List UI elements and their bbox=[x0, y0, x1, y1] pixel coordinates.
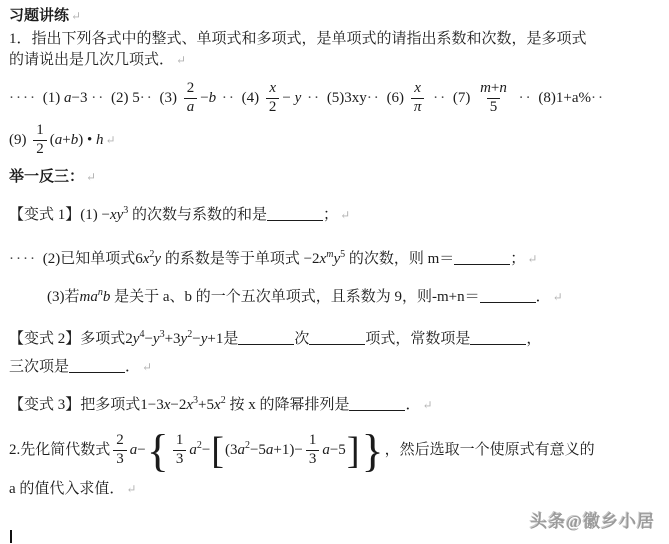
variant1-part1: 【变式 1】(1) −xy3 的次数与系数的和是；↵ bbox=[9, 200, 661, 230]
space-dots: ·· bbox=[91, 90, 111, 106]
math-fraction: x2 bbox=[266, 81, 280, 116]
text-run: 按 x 的降幂排列是 bbox=[226, 397, 350, 413]
space-dots: ·· bbox=[367, 90, 387, 106]
space-dots: ·· bbox=[427, 90, 453, 106]
text-run: a bbox=[322, 442, 330, 458]
text-run: (9) bbox=[9, 132, 30, 148]
math-fraction: 12 bbox=[33, 123, 47, 158]
variant1-part3: (3)若manb 是关于 a、b 的一个五次单项式，且系数为 9，则-m+n＝．… bbox=[9, 284, 661, 310]
text-run: (6) bbox=[387, 90, 408, 106]
variant2-line2: 三次项是．↵ bbox=[9, 354, 661, 380]
text-run: −3 bbox=[71, 90, 91, 106]
text-run: ； bbox=[323, 207, 338, 223]
fill-in-blank bbox=[267, 207, 323, 221]
text-run: 【变式 2】多项式 bbox=[9, 331, 125, 347]
space-dots: ···· bbox=[9, 251, 43, 267]
text-run: x bbox=[269, 80, 276, 96]
space-dots: ·· bbox=[591, 90, 605, 106]
text-run: xy bbox=[110, 207, 123, 223]
text-run: 3 bbox=[116, 451, 124, 467]
text-run: 1 bbox=[309, 432, 317, 448]
problem1-intro-line1: 1．指出下列各式中的整式、单项式和多项式，是单项式的请指出系数和次数，是多项式 bbox=[9, 29, 661, 50]
problem1-expression-9: (9) 12(a+b) • h↵ bbox=[9, 119, 661, 161]
text-run: ) • bbox=[78, 132, 96, 148]
text-run: − bbox=[144, 331, 152, 347]
fill-in-blank bbox=[309, 331, 365, 345]
text-run: (3)若 bbox=[47, 289, 80, 305]
text-run: 1 bbox=[36, 122, 44, 138]
text-run: − bbox=[200, 90, 208, 106]
fill-in-blank bbox=[349, 397, 405, 411]
text-run: − bbox=[282, 90, 294, 106]
problem2-line1: 2.先化简代数式23a−{13a2−[(3a2−5a+1)−13a−5]}，然后… bbox=[9, 424, 661, 476]
return-mark-icon: ↵ bbox=[553, 290, 563, 304]
worksheet-document: 习题讲练↵ 1．指出下列各式中的整式、单项式和多项式，是单项式的请指出系数和次数… bbox=[0, 0, 669, 500]
text-run: a bbox=[237, 442, 245, 458]
space-dots: ·· bbox=[513, 90, 539, 106]
fill-in-blank bbox=[480, 289, 536, 303]
text-run: (3) bbox=[159, 90, 180, 106]
text-run: 1．指出下列各式中的整式、单项式和多项式，是单项式的请指出系数和次数，是多项式 bbox=[9, 31, 587, 47]
text-run: (3 bbox=[225, 442, 238, 458]
text-run: +1是 bbox=[207, 331, 238, 347]
math-fraction: xπ bbox=[411, 81, 425, 116]
text-run: ； bbox=[510, 251, 525, 267]
text-run: π bbox=[414, 99, 422, 115]
problem2-line2: a 的值代入求值．↵ bbox=[9, 478, 661, 500]
return-mark-icon: ↵ bbox=[71, 9, 81, 23]
text-run: 的次数与系数的和是 bbox=[128, 207, 267, 223]
text-run: ． bbox=[536, 289, 551, 305]
return-mark-icon: ↵ bbox=[422, 398, 432, 412]
math-bracket: ] bbox=[346, 430, 361, 472]
text-run: 2.先化简代数式 bbox=[9, 442, 110, 458]
math-fraction: m+n5 bbox=[477, 81, 510, 116]
text-run: x bbox=[414, 80, 421, 96]
math-fraction: 13 bbox=[306, 433, 320, 468]
text-run: 举一反三： bbox=[9, 169, 84, 185]
math-fraction: 23 bbox=[113, 433, 127, 468]
variant2-line1: 【变式 2】多项式2y4−y3+3y2−y+1是次项式，常数项是， bbox=[9, 324, 661, 354]
text-run: +3 bbox=[165, 331, 181, 347]
text-run: 三次项是 bbox=[9, 359, 69, 375]
fill-in-blank bbox=[69, 359, 125, 373]
text-run: a bbox=[187, 99, 195, 115]
text-run: 的请说出是几次几项式． bbox=[9, 52, 174, 68]
text-run: (7) bbox=[453, 90, 474, 106]
text-run: + bbox=[62, 132, 70, 148]
return-mark-icon: ↵ bbox=[142, 360, 152, 374]
text-run: 6 bbox=[135, 251, 143, 267]
text-run: 2 bbox=[36, 141, 44, 157]
text-run: (4) bbox=[242, 90, 263, 106]
text-run: (5)3xy bbox=[327, 90, 367, 106]
text-run: ma bbox=[80, 289, 98, 305]
text-run: ． bbox=[405, 397, 420, 413]
math-bracket: [ bbox=[210, 430, 225, 472]
return-mark-icon: ↵ bbox=[105, 133, 115, 147]
text-run: +1)− bbox=[273, 442, 302, 458]
text-run: 2 bbox=[116, 432, 124, 448]
text-run: 1 bbox=[176, 432, 184, 448]
heading-exercise-practice: 习题讲练↵ bbox=[9, 6, 661, 26]
text-run: 5 bbox=[490, 99, 498, 115]
text-run: 2 bbox=[269, 99, 277, 115]
text-run: −2 bbox=[170, 397, 186, 413]
text-run: 1−3 bbox=[140, 397, 163, 413]
text-run: 的系数是等于单项式 −2 bbox=[161, 251, 319, 267]
text-run: ， bbox=[526, 331, 541, 347]
text-run: −5 bbox=[330, 442, 346, 458]
text-run: 【变式 1】(1) − bbox=[9, 207, 110, 223]
text-run: 2 bbox=[187, 80, 195, 96]
return-mark-icon: ↵ bbox=[527, 252, 537, 266]
text-run: n bbox=[499, 80, 507, 96]
math-fraction: 2a bbox=[184, 81, 198, 116]
text-run: 是关于 a、b 的一个五次单项式，且系数为 9，则-m+n＝ bbox=[110, 289, 479, 305]
text-run: 2 bbox=[125, 331, 133, 347]
text-run: ． bbox=[125, 359, 140, 375]
text-run: 习题讲练 bbox=[9, 8, 69, 24]
fill-in-blank bbox=[238, 331, 294, 345]
space-dots: ·· bbox=[216, 90, 242, 106]
text-run: 次 bbox=[294, 331, 309, 347]
space-dots: ·· bbox=[301, 90, 327, 106]
text-run: − bbox=[192, 331, 200, 347]
text-run: − bbox=[137, 442, 145, 458]
text-run: 3 bbox=[176, 451, 184, 467]
text-run: (1) bbox=[43, 90, 64, 106]
problem1-expressions-row: ···· (1) a−3 ·· (2) 5·· (3) 2a−b ·· (4) … bbox=[9, 77, 661, 119]
text-run: a 的值代入求值． bbox=[9, 481, 124, 497]
problem1-intro-line2: 的请说出是几次几项式．↵ bbox=[9, 50, 661, 71]
return-mark-icon: ↵ bbox=[86, 170, 96, 184]
text-run: (8)1+a% bbox=[538, 90, 591, 106]
variant1-part2: ···· (2)已知单项式6x2y 的系数是等于单项式 −2xmy5 的次数，则… bbox=[9, 244, 661, 274]
return-mark-icon: ↵ bbox=[176, 53, 186, 67]
math-fraction: 13 bbox=[173, 433, 187, 468]
text-run: 【变式 3】把多项式 bbox=[9, 397, 140, 413]
text-run: (2)已知单项式 bbox=[43, 251, 136, 267]
text-run: a bbox=[189, 442, 197, 458]
toutiao-watermark: 头条@徽乡小居 bbox=[530, 507, 655, 532]
return-mark-icon: ↵ bbox=[340, 208, 350, 222]
fill-in-blank bbox=[454, 251, 510, 265]
text-run: h bbox=[96, 132, 104, 148]
text-run: m bbox=[480, 80, 491, 96]
text-run: 3 bbox=[309, 451, 317, 467]
math-bracket: { bbox=[146, 425, 170, 476]
text-run: −5 bbox=[250, 442, 266, 458]
space-dots: ···· bbox=[9, 90, 43, 106]
text-run: x bbox=[214, 397, 221, 413]
text-run: 的次数，则 m＝ bbox=[345, 251, 454, 267]
text-run: y bbox=[153, 331, 160, 347]
text-run: ，然后选取一个使原式有意义的 bbox=[385, 442, 595, 458]
return-mark-icon: ↵ bbox=[126, 482, 136, 496]
fill-in-blank bbox=[470, 331, 526, 345]
subheading-analogy: 举一反三：↵ bbox=[9, 166, 661, 188]
space-dots: ·· bbox=[140, 90, 160, 106]
variant3-line: 【变式 3】把多项式1−3x−2x3+5x2 按 x 的降幂排列是．↵ bbox=[9, 390, 661, 420]
text-run: (2) 5 bbox=[111, 90, 140, 106]
text-run: +5 bbox=[198, 397, 214, 413]
text-cursor bbox=[10, 530, 12, 543]
text-run: 项式，常数项是 bbox=[365, 331, 470, 347]
math-bracket: } bbox=[360, 425, 384, 476]
